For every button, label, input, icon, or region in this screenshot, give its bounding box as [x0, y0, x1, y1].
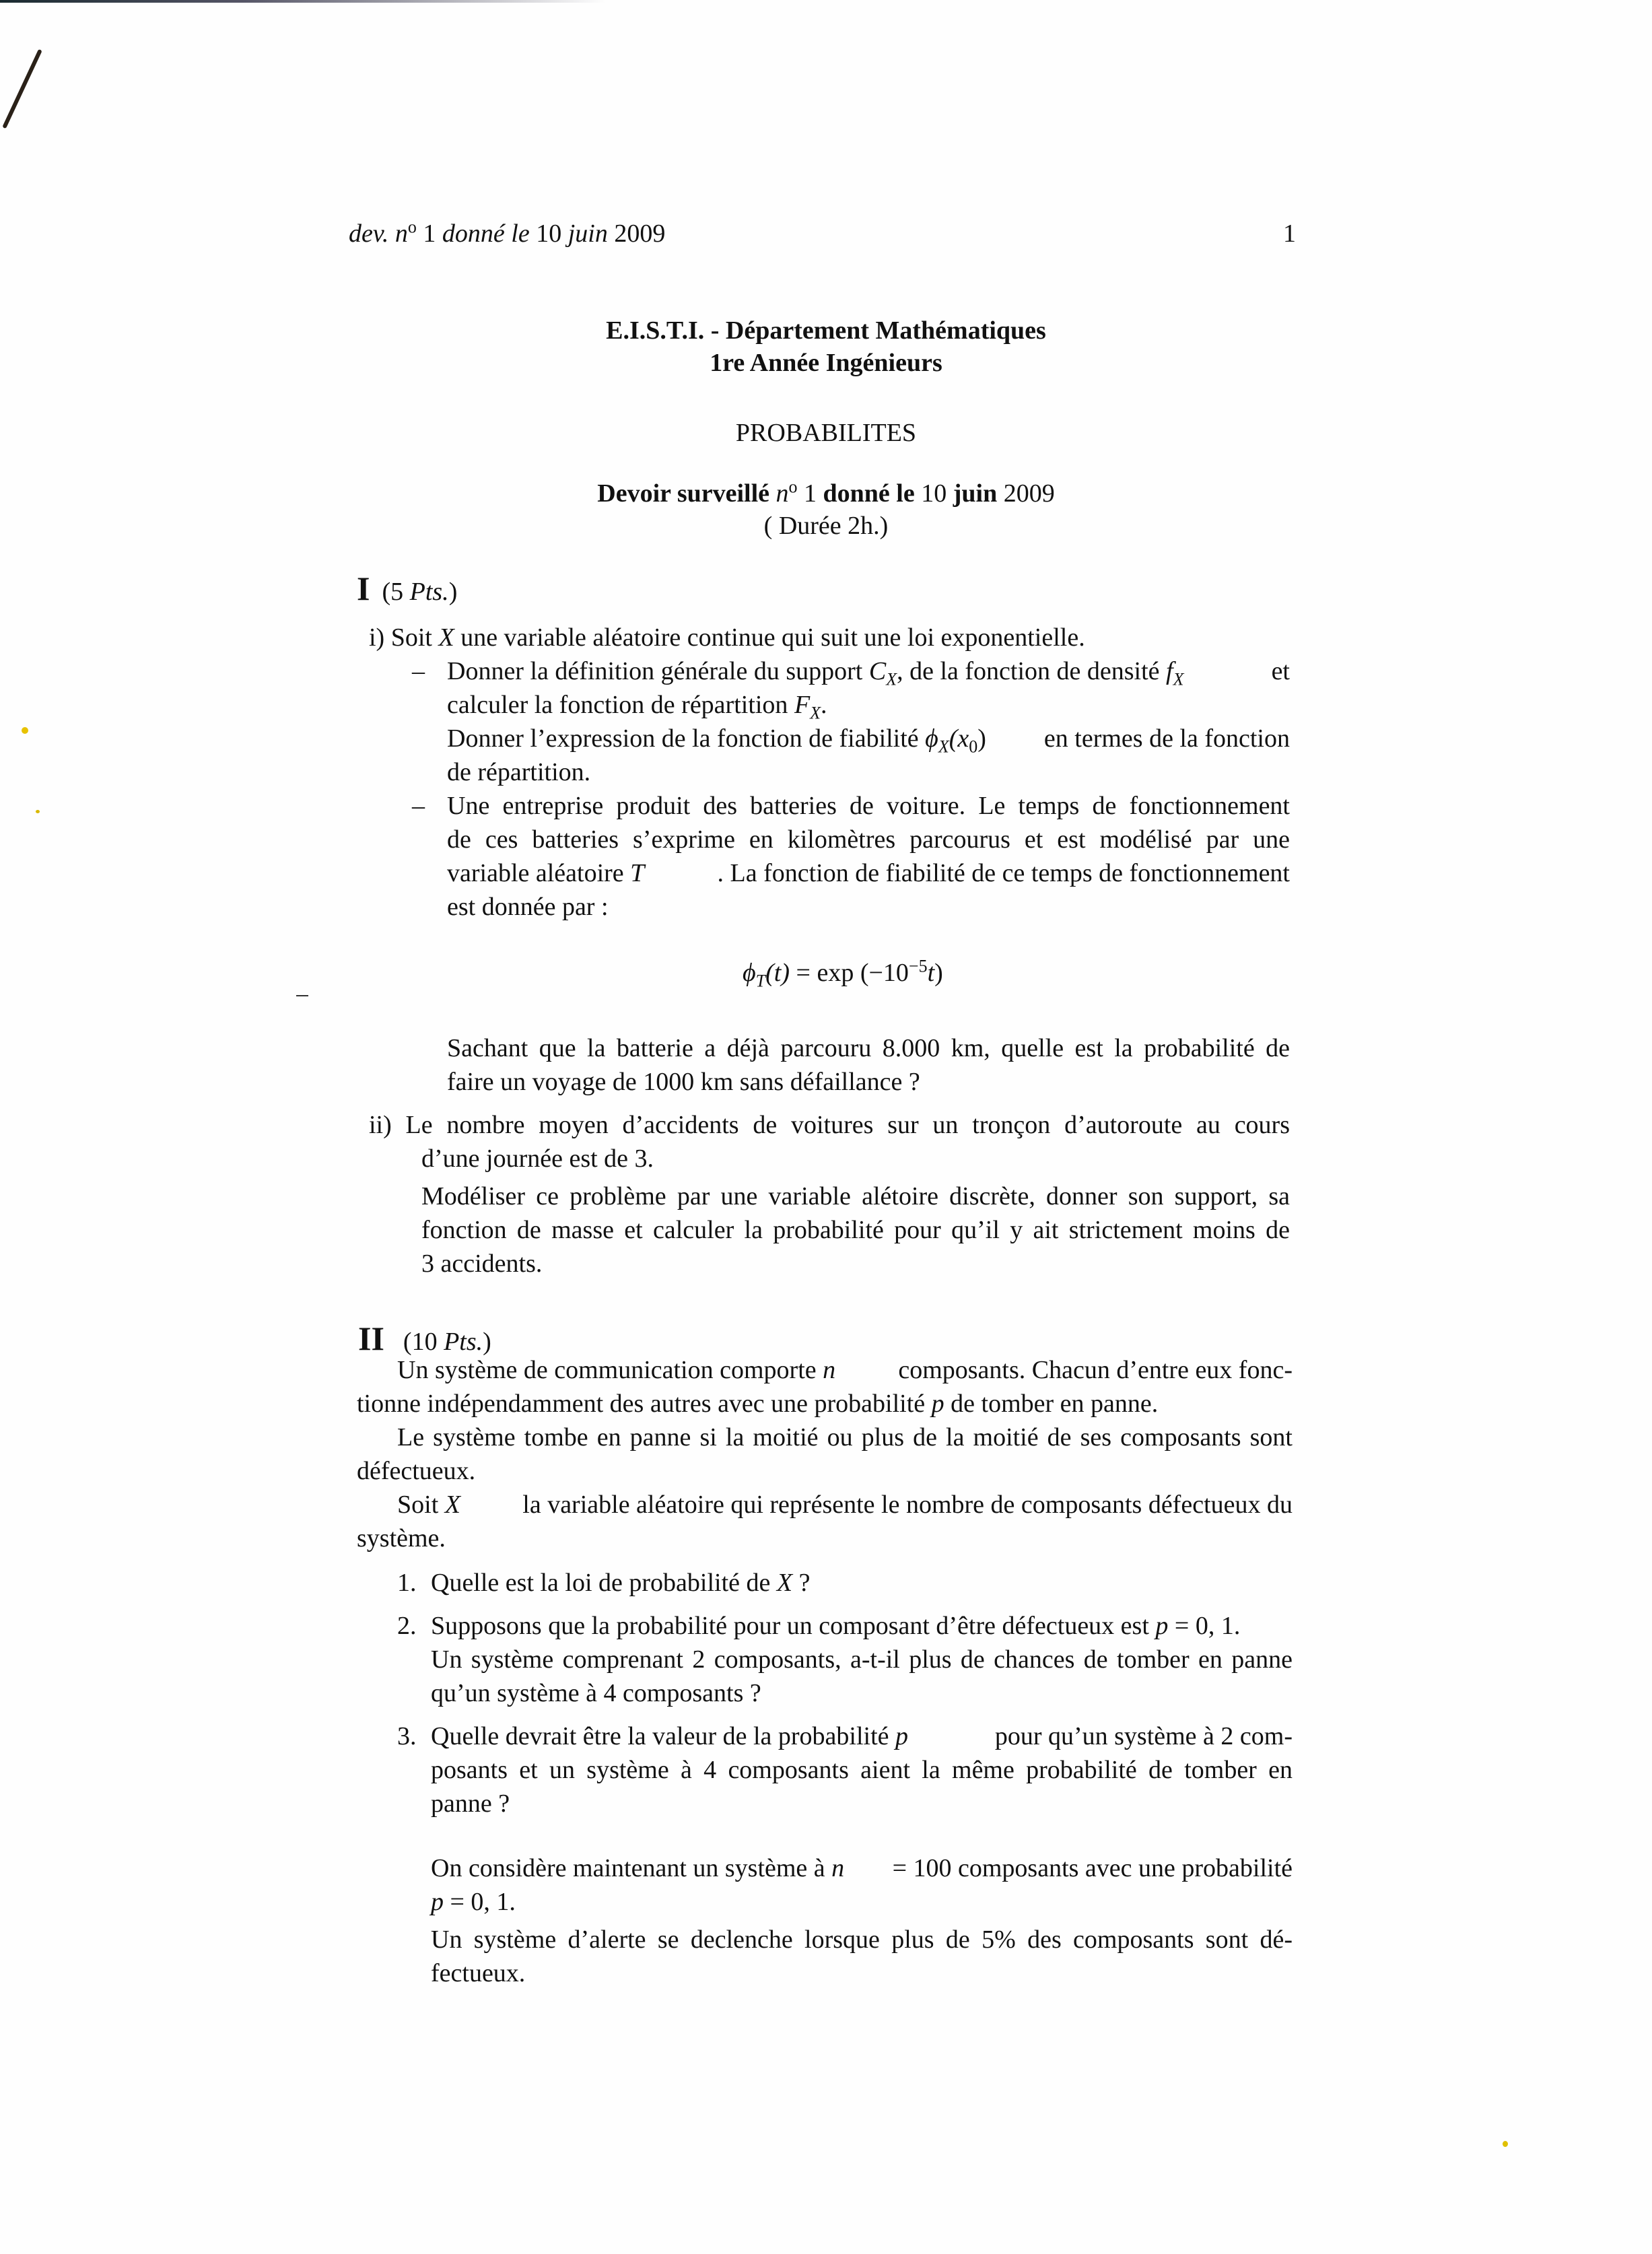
math-p: p — [1155, 1612, 1168, 1640]
text: pour qu’un système à 2 com- — [995, 1719, 1293, 1753]
header-dev: dev. — [349, 219, 395, 248]
running-header: dev. no 1 donné le 10 juin 2009 — [349, 217, 665, 250]
math-X: X — [445, 1491, 460, 1519]
part-ii-line-5: 3 accidents. — [421, 1247, 542, 1280]
formula-close: ) — [934, 959, 943, 987]
bullet-1-line-3: Donner l’expression de la fonction de fi… — [447, 722, 1290, 755]
text: = 100 composants avec une probabilité — [893, 1851, 1293, 1885]
intro-prefix: i) Soit — [369, 623, 438, 652]
b2-l3-seg: variable aléatoire T — [447, 856, 644, 890]
text: Supposons que la probabilité pour un com… — [431, 1612, 1155, 1640]
section-1-points: (5 Pts.) — [382, 578, 457, 606]
section-2-points: (10 Pts.) — [403, 1328, 491, 1356]
text: variable aléatoire — [447, 859, 630, 887]
exam-day: 10 — [921, 479, 953, 508]
math-sub: X — [886, 670, 897, 689]
section-1-number: I — [357, 570, 370, 607]
handwritten-slash-mark — [2, 49, 42, 129]
text: calculer la fonction de répartition — [447, 691, 794, 719]
seg: Soit X — [397, 1488, 460, 1522]
math-X: X — [777, 1569, 792, 1597]
s2-para1-line-1: Un système de communication comporte n c… — [397, 1353, 1293, 1387]
question-1-text: Quelle est la loi de probabilité de X ? — [431, 1566, 810, 1600]
text: Quelle est la loi de probabilité de — [431, 1569, 777, 1597]
intro-suffix: une variable aléatoire continue qui suit… — [454, 623, 1085, 652]
math-sub: 0 — [969, 737, 977, 757]
math-sub: X — [810, 704, 821, 723]
bullet-2-line-4: est donnée par : — [447, 890, 609, 924]
header-sup: o — [408, 217, 417, 236]
page-number: 1 — [1283, 217, 1296, 250]
reliability-formula: ϕT(t) = exp (−10−5t) — [743, 956, 943, 990]
bullet-1-line-2: calculer la fonction de répartition FX. — [447, 688, 827, 722]
part-ii-line-2: d’une journée est de 3. — [421, 1142, 654, 1175]
seg: Un système de communication comporte n — [397, 1353, 835, 1387]
points-label: Pts. — [410, 578, 449, 606]
formula-eq: = exp (−10 — [790, 959, 909, 987]
exam-num: 1 — [798, 479, 823, 508]
math-F: F — [794, 691, 810, 719]
math-arg: (x — [949, 724, 969, 753]
text: , de la fonction de densité — [897, 657, 1166, 685]
points-open: (10 — [403, 1328, 444, 1356]
question-3-number: 3. — [397, 1719, 417, 1753]
question-battery-line-1: Sachant que la batterie a déjà parcouru … — [447, 1031, 1290, 1065]
formula-phi: ϕ — [743, 959, 756, 987]
seg: Quelle devrait être la valeur de la prob… — [431, 1719, 908, 1753]
exam-sup: o — [789, 477, 798, 496]
subject-title: PROBABILITES — [0, 416, 1652, 450]
question-3-line-2: posants et un système à 4 composants aie… — [431, 1753, 1293, 1787]
math-p: p — [895, 1722, 908, 1750]
b1-l3-seg: Donner l’expression de la fonction de fi… — [447, 722, 986, 755]
followup-line-2: p = 0, 1. — [431, 1885, 516, 1919]
text: = 0, 1. — [444, 1888, 516, 1916]
text: de tomber en panne. — [944, 1390, 1159, 1418]
text: Donner l’expression de la fonction de fi… — [447, 724, 925, 753]
question-1-number: 1. — [397, 1566, 417, 1600]
question-3-line-1: Quelle devrait être la valeur de la prob… — [431, 1719, 1293, 1753]
header-year: 2009 — [614, 219, 665, 248]
header-month: juin — [568, 219, 615, 248]
text: Donner la définition générale du support — [447, 657, 869, 685]
s2-para2-line-2: défectueux. — [357, 1454, 475, 1488]
header-n: n — [395, 219, 408, 248]
header-num: 1 — [417, 219, 442, 248]
formula-exp: −5 — [909, 956, 928, 976]
question-battery-line-2: faire un voyage de 1000 km sans défailla… — [447, 1065, 920, 1099]
formula-t: t — [928, 959, 935, 987]
bullet-1-line-1: Donner la définition générale du support… — [447, 654, 1290, 688]
math-T: T — [630, 859, 644, 887]
institution-title: E.I.S.T.I. - Département Mathématiques — [0, 314, 1652, 347]
bullet-2-line-1: Une entreprise produit des batteries de … — [447, 789, 1290, 823]
math-f: f — [1166, 657, 1173, 685]
followup-line-3: Un système d’alerte se declenche lorsque… — [431, 1923, 1293, 1956]
text: Quelle devrait être la valeur de la prob… — [431, 1722, 895, 1750]
text: Soit — [397, 1491, 445, 1519]
section-1-heading: I (5 Pts.) — [357, 570, 457, 616]
exam-title: Devoir surveillé no 1 donné le 10 juin 2… — [0, 477, 1652, 510]
part-ii-line-4: fonction de masse et calculer la probabi… — [421, 1213, 1290, 1247]
question-2-line-2: Un système comprenant 2 composants, a-t-… — [431, 1643, 1293, 1676]
text: en termes de la fonction — [1044, 722, 1290, 755]
math-n: n — [831, 1854, 844, 1882]
part-ii-line-1: ii) Le nombre moyen d’accidents de voitu… — [369, 1108, 1290, 1142]
scan-speck — [296, 995, 308, 996]
math-phi: ϕ — [925, 724, 938, 753]
part-ii-line-3: Modéliser ce problème par une variable a… — [421, 1180, 1290, 1213]
question-3-line-3: panne ? — [431, 1787, 510, 1820]
s2-para1-line-2: tionne indépendamment des autres avec un… — [357, 1387, 1158, 1421]
scan-speck — [1503, 2141, 1508, 2147]
points-open: (5 — [382, 578, 409, 606]
points-close: ) — [483, 1328, 491, 1356]
bullet-1-line-4: de répartition. — [447, 755, 590, 789]
question-2-line-1: Supposons que la probabilité pour un com… — [431, 1609, 1240, 1643]
bullet-1-dash: – — [412, 654, 425, 688]
points-label: Pts. — [444, 1328, 483, 1356]
b1-l1-seg: Donner la définition générale du support… — [447, 654, 1183, 688]
math-close: ) — [977, 724, 986, 753]
header-given: donné le — [442, 219, 536, 248]
s2-para3-line-2: système. — [357, 1522, 446, 1555]
text: tionne indépendamment des autres avec un… — [357, 1390, 932, 1418]
part-i-intro: i) Soit X une variable aléatoire continu… — [369, 621, 1085, 654]
text: . La fonction de fiabilité de ce temps d… — [718, 856, 1290, 890]
s2-para2-line-1: Le système tombe en panne si la moitié o… — [397, 1421, 1293, 1454]
text: la variable aléatoire qui représente le … — [522, 1488, 1293, 1522]
s2-para3-line-1: Soit X la variable aléatoire qui représe… — [397, 1488, 1293, 1522]
text: Un système de communication comporte — [397, 1356, 823, 1384]
followup-line-1: On considère maintenant un système à n =… — [431, 1851, 1293, 1885]
bullet-2-line-2: de ces batteries s’exprime en kilomètres… — [447, 823, 1290, 856]
seg: On considère maintenant un système à n — [431, 1851, 844, 1885]
bullet-2-dash: – — [412, 789, 425, 823]
text: ? — [792, 1569, 810, 1597]
math-sub: X — [938, 737, 949, 757]
math-n: n — [823, 1356, 835, 1384]
scan-speck — [36, 810, 40, 813]
exam-prefix: Devoir surveillé — [597, 479, 776, 508]
scan-speck — [22, 727, 28, 734]
math-p: p — [431, 1888, 444, 1916]
followup-line-4: fectueux. — [431, 1956, 525, 1990]
exam-duration: ( Durée 2h.) — [0, 509, 1652, 543]
exam-month: juin — [953, 479, 1004, 508]
bullet-2-line-3: variable aléatoire T . La fonction de fi… — [447, 856, 1290, 890]
exam-n: n — [776, 479, 789, 508]
scan-edge — [0, 0, 606, 3]
header-day: 10 — [536, 219, 568, 248]
section-2-number: II — [358, 1320, 384, 1357]
points-close: ) — [449, 578, 458, 606]
formula-sub: T — [756, 971, 765, 991]
intro-var: X — [438, 623, 454, 652]
exam-given: donné le — [823, 479, 922, 508]
math-p: p — [932, 1390, 944, 1418]
text: . — [821, 691, 827, 719]
text: On considère maintenant un système à — [431, 1854, 831, 1882]
exam-year: 2009 — [1004, 479, 1055, 508]
question-2-line-3: qu’un système à 4 composants ? — [431, 1676, 761, 1710]
formula-arg: (t) — [765, 959, 790, 987]
math-C: C — [869, 657, 886, 685]
text: composants. Chacun d’entre eux fonc- — [898, 1353, 1293, 1387]
text: et — [1272, 654, 1290, 688]
math-sub: X — [1173, 670, 1184, 689]
text: = 0, 1. — [1168, 1612, 1240, 1640]
question-2-number: 2. — [397, 1609, 417, 1643]
year-title: 1re Année Ingénieurs — [0, 346, 1652, 380]
